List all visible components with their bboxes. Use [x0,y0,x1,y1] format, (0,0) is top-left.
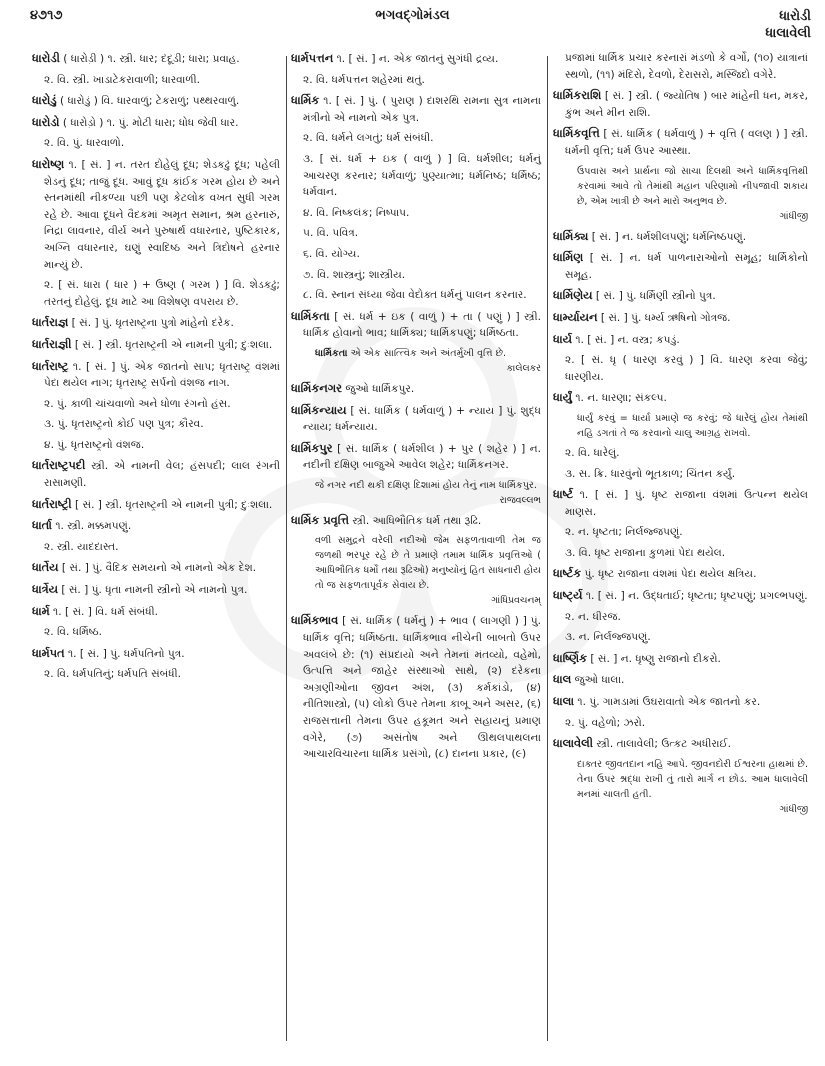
definition-text: ૧. [ સં. ] ન. તરત દોહેલું દૂધ; શેડકઢું દ… [44,159,280,271]
column-divider [547,56,548,1041]
quote-source: કાલેલકર [315,361,541,376]
dictionary-entry: ધાર્મ્યાયન [ સં. ] પું. ધર્મ્ય ઋષિનો ગોત… [553,309,808,327]
headword: ધાર્ષ્ટ્ય [553,588,582,602]
sense-definition: ૮. વિ. સ્નાન સંધ્યા જેવા વેદોક્ત ધર્મનું… [291,287,541,304]
headword: ધાર્મિકતા [291,309,330,323]
headword: ધાર્ય [553,332,572,346]
dictionary-entry: ધાર્ષ્ટક પું. ધૃષ્ટ રાજાના વંશમાં પેદા થ… [553,565,808,583]
headword: ધાર્મિણેય [553,288,593,302]
dictionary-entry: ધાર્ષ્ટ્ય ૧. [ સં. ] ન. ઉદ્ધતાઈ; ધૃષ્ટતા… [553,587,808,605]
sense-definition: ૨. વિ. ધર્મપત્તન શહેરમાં થતું. [291,72,541,89]
dictionary-entry: ધાર્તરાજ્ઞ [ સં. ] પું. ધૃતરાષ્ટ્રના પુત… [32,314,280,332]
sense-definition: ૩. સ. ક્રિ. ધારવુંનો ભૂતકાળ; ચિંતન કર્યુ… [553,466,808,483]
sense-definition: ૫. વિ. પવિત્ર. [291,225,541,242]
definition-text: [ સં. ધાર્મિક ( ધર્મશીલ ) + પુર ( શહેર )… [303,443,541,472]
quote-source: ગાંધીજી [577,209,808,224]
definition-text: [ સં. ] પું. ધૃતા નામની સ્ત્રીનો એ નામનો… [58,584,247,596]
dictionary-entry: ધાર્તેય [ સં. ] પું. વૈદિક સમયનો એ નામનો… [32,559,280,577]
quote-keyword: ધાર્મિકતા [315,348,348,359]
definition-text: [ સં. ] ન. ધર્મશીલપણું; ધર્મનિષ્ઠપણું. [588,231,746,243]
headword: ધાર્તેય [32,560,59,574]
definition-text: [ સં. ] ન. ધૃષ્ણુ રાજાનો દીકરો. [587,653,721,665]
dictionary-entry: ધાર્મપત્તન ૧. [ સં. ] ન. એક જાતનું સુગંધ… [291,50,541,68]
dictionary-entry: ધાર્મ ૧. [ સં. ] વિ. ધર્મ સંબંધી. [32,603,280,621]
headword: ધાર્મપત [32,646,65,660]
definition-text: સ્ત્રી. આધિભૌતિક ધર્મ તથા રૂઢિ. [349,515,481,527]
guide-first-word: ધારોડી [765,8,811,25]
definition-text: ૧. પું. ગામડામાં ઉઘરાવાતો એક જાતનો કર. [574,696,760,708]
headword: ધાર્ષ્ણિક [553,651,587,665]
sense-definition: ૪. પું. ધૃતરાષ્ટ્રનો વંશજ. [32,437,280,454]
sense-definition: ૨. પું. વહેળો; ઝરો. [553,715,808,732]
dictionary-entry: ધાર્મપત ૧. [ સં. ] પું. ધર્મપતિનો પુત્ર. [32,645,280,663]
definition-text: ૧. ન. ધારણા; સંકલ્પ. [572,392,667,404]
dictionary-entry: ધાર્ત્રેય [ સં. ] પું. ધૃતા નામની સ્ત્રી… [32,581,280,599]
headword: ધાર્મિક પ્રવૃત્તિ [291,513,349,527]
sense-definition: ૬. વિ. યોગ્ય. [291,246,541,263]
dictionary-entry: ધાર્મિકનગર જુઓ ધાર્મિકપુર. [291,380,541,398]
headword: ધાર્તરાષ્ટ્રપદી [32,458,85,472]
dictionary-entry: ધાર્મિક ૧. [ સં. ] પું. ( પુરાણ ) દાશરથિ… [291,92,541,126]
running-title: ભગવદ્ગોમંડલ [0,8,825,23]
dictionary-entry: ધાર્યું ૧. ન. ધારણા; સંકલ્પ. [553,389,808,407]
definition-text: ૧. [ સં. ] વિ. ધર્મ સંબંધી. [50,606,158,618]
usage-quote: ધાર્યું કરવું = ધાર્યા પ્રમાણે જ કરવું; … [553,411,808,441]
headword: ધારોડી [32,51,60,65]
headword: ધાર્ષ્ટ [553,487,573,501]
headword: ધાર્મિક્ય [553,229,588,243]
definition-text: જુઓ ધાલા. [571,674,624,686]
definition-text: [ સં. ] પું. વૈદિક સમયનો એ નામનો એક દેશ. [59,562,257,574]
headword: ધાર્ત્રેય [32,582,58,596]
headword: ધાલાવેલી [553,736,593,750]
headword: ધાલા [553,694,574,708]
definition-text: ૧. [ સં. ] પું. ધર્મપતિનો પુત્ર. [65,648,185,660]
quote-text: દાક્તર જીવતદાન નહિ આપે. જીવનદોરી ઈશ્વરના… [577,759,808,800]
sense-definition: ૨. વિ. પું. ધારવાળો. [32,135,280,152]
quote-text: ઉપવાસ અને પ્રાર્થના જો સાચા દિલથી અને ધા… [577,166,808,207]
dictionary-entry: ધાર્મિણેય [ સં. ] પું. ધર્મિણી સ્ત્રીનો … [553,287,808,305]
sense-definition: ૨. વિ. ધારેલું. [553,445,808,462]
definition-text: ૧. [ સં. ] ન. વસ્ત્ર; કપડું. [572,334,680,346]
definition-text: ૧. [ સં. ] ન. ઉદ્ધતાઈ; ધૃષ્ટતા; ધૃષ્ટપણુ… [582,590,807,602]
dictionary-body: ધારોડી ( ધારોડ઼ી ) ૧. સ્ત્રી. ધાર; દંદૂડ… [0,50,825,1060]
headword: ધાર્મિકરાશિ [553,88,601,102]
headword: ધાર્મ્યાયન [553,310,597,324]
headword: ધાર્તરાજ્ઞ [32,315,68,329]
guide-last-word: ધાલાવેલી [765,25,811,42]
dictionary-entry: ધાલાવેલી સ્ત્રી. તાલાવેલી; ઉત્કટ અધીરાઈ. [553,735,808,753]
dictionary-entry: ધાર્મિણ [ સં. ] ન. ધર્મ પાળનારાઓનો સમૂહ;… [553,249,808,283]
sense-definition: ૭. વિ. શાસ્ત્રનું; શાસ્ત્રીય. [291,267,541,284]
definition-text: ( ધારોડ઼ી ) ૧. સ્ત્રી. ધાર; દંદૂડી; ધારા… [60,53,240,65]
dictionary-entry: ધાર્મિકપુર [ સં. ધાર્મિક ( ધર્મશીલ ) + પ… [291,440,541,474]
definition-text: [ સં. ] સ્ત્રી. ધૃતરાષ્ટ્રની એ નામની પુત… [72,499,273,511]
definition-text: સ્ત્રી. તાલાવેલી; ઉત્કટ અધીરાઈ. [593,738,731,750]
headword: ધાર્મપત્તન [291,51,333,65]
quote-source: રાજવલ્લભ [315,493,541,508]
column-3: પ્રજામાં ધાર્મિક પ્રચાર કરનારાં મંડળો કે… [553,50,808,1060]
headword: ધાર્તરાષ્ટ્રી [32,497,72,511]
definition-text: પું. ધૃષ્ટ રાજાના વંશમાં પેદા થયેલ ક્ષત્… [581,568,756,580]
headword: ધાર્તરાજ્ઞી [32,337,72,351]
definition-text: [ સં. ધર્મ + ઇક ( વાળું ) + તા ( પણું ) … [303,311,541,340]
dictionary-entry: ધાર્મિકરાશિ [ સં. ] સ્ત્રી. ( જ્યોતિષ ) … [553,87,808,121]
sense-definition: ૨. વિ. ધર્મને લગતું; ધર્મ સંબંધી. [291,130,541,147]
definition-text: ( ધારોડ઼ો ) ૧. પું. મોટી ધારા; ધોધ જેવી … [59,117,238,129]
definition-text: [ સં. ] સ્ત્રી. ધૃતરાષ્ટ્રની એ નામની પુત… [72,339,273,351]
definition-text: [ સં. ] ન. ધર્મ પાળનારાઓનો સમૂહ; ધાર્મિક… [565,252,808,281]
headword: ધાર્તરાષ્ટ્ર [32,359,68,373]
sense-definition: ૩. [ સં. ધર્મ + ઇક ( વાળું ) ] વિ. ધર્મશ… [291,151,541,201]
definition-text: ૧. [ સં. ] ન. એક જાતનું સુગંધી દ્રવ્ય. [333,53,498,65]
guide-words: ધારોડી ધાલાવેલી [765,8,811,42]
sense-definition: ૨. ન. ધૃષ્ટતા; નિર્લજ્જપણું. [553,524,808,541]
dictionary-entry: ધાર્તા ૧. સ્ત્રી. મક્કમપણું. [32,517,280,535]
definition-text: ૧. [ સં. ] પું. એક જાતનો સાપ; ધૃતરાષ્ટ્ર… [44,361,280,390]
quote-text: ધાર્યું કરવું = ધાર્યા પ્રમાણે જ કરવું; … [577,413,808,439]
dictionary-entry: ધારોષ્ણ ૧. [ સં. ] ન. તરત દોહેલું દૂધ; શ… [32,156,280,273]
definition-text: ( ધારોડ઼ું ) વિ. ધારવાળું; ટેકરાળું; પથ્… [57,95,240,107]
headword: ધાર્મિકવૃત્તિ [553,126,600,140]
usage-quote: ઉપવાસ અને પ્રાર્થના જો સાચા દિલથી અને ધા… [553,164,808,224]
headword: ધારોડો [32,115,59,129]
definition-text: [ સં. ધાર્મિક ( ધર્મવાળું ) + વૃત્તિ ( વ… [565,128,808,157]
quote-text: વળી સમુદ્રને વરેલી નદીઓ જેમ સફળતાવાળી તે… [315,535,541,591]
headword: ધાર્મિકપુર [291,441,333,455]
usage-quote: જે નગર નદી થકી દક્ષિણ દિશામાં હોય તેનું … [291,478,541,508]
dictionary-entry: ધાર્તરાજ્ઞી [ સં. ] સ્ત્રી. ધૃતરાષ્ટ્રની… [32,336,280,354]
column-1: ધારોડી ( ધારોડ઼ી ) ૧. સ્ત્રી. ધાર; દંદૂડ… [32,50,280,1060]
usage-quote: દાક્તર જીવતદાન નહિ આપે. જીવનદોરી ઈશ્વરના… [553,757,808,817]
dictionary-entry: ધાર્તરાષ્ટ્રપદી સ્ત્રી. એ નામની વેલ; હંસ… [32,457,280,491]
usage-quote: વળી સમુદ્રને વરેલી નદીઓ જેમ સફળતાવાળી તે… [291,533,541,608]
continued-text: પ્રજામાં ધાર્મિક પ્રચાર કરનારાં મંડળો કે… [553,50,808,83]
sense-definition: ૨. વિ. સ્ત્રી. ખાડાટેકરાવાળી; ધારવાળી. [32,72,280,89]
dictionary-entry: ધાર્તરાષ્ટ્ર ૧. [ સં. ] પું. એક જાતનો સા… [32,358,280,392]
dictionary-entry: ધાર્મિક પ્રવૃત્તિ સ્ત્રી. આધિભૌતિક ધર્મ … [291,512,541,530]
headword: ધાર્મિક [291,93,319,107]
headword: ધાર્મિકનગર [291,381,342,395]
sense-definition: ૪. વિ. નિષ્કલંક; નિષ્પાપ. [291,205,541,222]
dictionary-entry: ધાર્મિકવૃત્તિ [ સં. ધાર્મિક ( ધર્મવાળું … [553,125,808,159]
dictionary-entry: ધાર્ય ૧. [ સં. ] ન. વસ્ત્ર; કપડું. [553,331,808,349]
usage-quote: ધાર્મિકતા એ એક સાત્ત્વિક અને અંતર્મુખી વ… [291,346,541,376]
sense-definition: ૨. પું. કાળી ચાંચવાળો અને ધોળા રંગનો હંસ… [32,396,280,413]
quote-source: ગાંધિપ્રવચનમ્ [315,593,541,608]
dictionary-entry: ધાલા ૧. પું. ગામડામાં ઉઘરાવાતો એક જાતનો … [553,693,808,711]
dictionary-entry: ધાર્મિક્ય [ સં. ] ન. ધર્મશીલપણું; ધર્મનિ… [553,228,808,246]
definition-text: [ સં. ] પું. ધર્મિણી સ્ત્રીનો પુત્ર. [593,290,716,302]
column-divider [286,56,287,1041]
sense-definition: ૨. સ્ત્રી. યાદદાસ્ત. [32,539,280,556]
definition-text: ૧. [ સં. ] પું. ધૃષ્ટ રાજાના વંશમાં ઉત્પ… [565,489,808,518]
column-2: ધાર્મપત્તન ૧. [ સં. ] ન. એક જાતનું સુગંધ… [291,50,541,1060]
headword: ધારોષ્ણ [32,157,64,171]
headword: ધાર્મિકભાવ [291,613,338,627]
sense-definition: ૩. વિ. ધૃષ્ટ રાજાના કુળમાં પેદા થયેલ. [553,545,808,562]
sense-definition: ૨. ન. ધીરજ. [553,609,808,626]
quote-text: જે નગર નદી થકી દક્ષિણ દિશામાં હોય તેનું … [315,480,537,491]
dictionary-entry: ધાર્ષ્ટ ૧. [ સં. ] પું. ધૃષ્ટ રાજાના વંશ… [553,486,808,520]
headword: ધાર્મિકન્યાય [291,403,346,417]
dictionary-entry: ધાર્મિકન્યાય [ સં. ધાર્મિક ( ધર્મવાળું )… [291,402,541,436]
dictionary-entry: ધાર્ષ્ણિક [ સં. ] ન. ધૃષ્ણુ રાજાનો દીકરો… [553,650,808,668]
quote-text: એ એક સાત્ત્વિક અને અંતર્મુખી વૃત્તિ છે. [348,348,507,359]
headword: ધાલ [553,672,571,686]
headword: ધાર્મ [32,604,50,618]
headword: ધારોડું [32,93,57,107]
definition-text: ૧. સ્ત્રી. મક્કમપણું. [52,520,131,532]
definition-text: [ સં. ] પું. ધૃતરાષ્ટ્રના પુત્રો માંહેનો… [68,317,234,329]
dictionary-entry: ધારોડું ( ધારોડ઼ું ) વિ. ધારવાળું; ટેકરા… [32,92,280,110]
sense-definition: ૨. વિ. ધર્મિષ્ઠ. [32,624,280,641]
definition-text: જુઓ ધાર્મિકપુર. [342,383,414,395]
dictionary-entry: ધાલ જુઓ ધાલા. [553,671,808,689]
sense-definition: ૩. પું. ધૃતરાષ્ટ્રનો કોઈ પણ પુત્ર; કૌરવ. [32,416,280,433]
dictionary-entry: ધાર્તરાષ્ટ્રી [ સં. ] સ્ત્રી. ધૃતરાષ્ટ્ર… [32,496,280,514]
page-header: ૪૭૧૭ ભગવદ્ગોમંડલ ધારોડી ધાલાવેલી [0,0,825,46]
sense-definition: ૨. [ સં. ધૃ ( ધારણ કરવું ) ] વિ. ધારણ કર… [553,352,808,385]
dictionary-entry: ધાર્મિકભાવ [ સં. ધાર્મિક ( ધર્મનું ) + ભ… [291,612,541,762]
headword: ધાર્તા [32,518,52,532]
headword: ધાર્ષ્ટક [553,566,581,580]
definition-text: ૧. [ સં. ] પું. ( પુરાણ ) દાશરથિ રામના સ… [303,95,541,124]
headword: ધાર્યું [553,390,572,404]
sense-definition: ૩. ન. નિર્લજ્જપણું. [553,629,808,646]
dictionary-entry: ધારોડો ( ધારોડ઼ો ) ૧. પું. મોટી ધારા; ધો… [32,114,280,132]
dictionary-entry: ધારોડી ( ધારોડ઼ી ) ૧. સ્ત્રી. ધાર; દંદૂડ… [32,50,280,68]
definition-text: [ સં. ] પું. ધર્મ્ય ઋષિનો ગોત્રજ. [597,312,730,324]
sense-definition: ૨. [ સં. ધારા ( ધાર ) + ઉષ્ણ ( ગરમ ) ] વ… [32,277,280,310]
definition-text: [ સં. ધાર્મિક ( ધર્મનું ) + ભાવ ( લાગણી … [303,615,541,760]
headword: ધાર્મિણ [553,250,583,264]
dictionary-entry: ધાર્મિકતા [ સં. ધર્મ + ઇક ( વાળું ) + તા… [291,308,541,342]
sense-definition: ૨. વિ. ધર્મપતિનું; ધર્મપતિ સંબંધી. [32,666,280,683]
quote-source: ગાંધીજી [577,802,808,817]
definition-text: [ સં. ] સ્ત્રી. ( જ્યોતિષ ) બાર માંહેની … [565,90,808,119]
